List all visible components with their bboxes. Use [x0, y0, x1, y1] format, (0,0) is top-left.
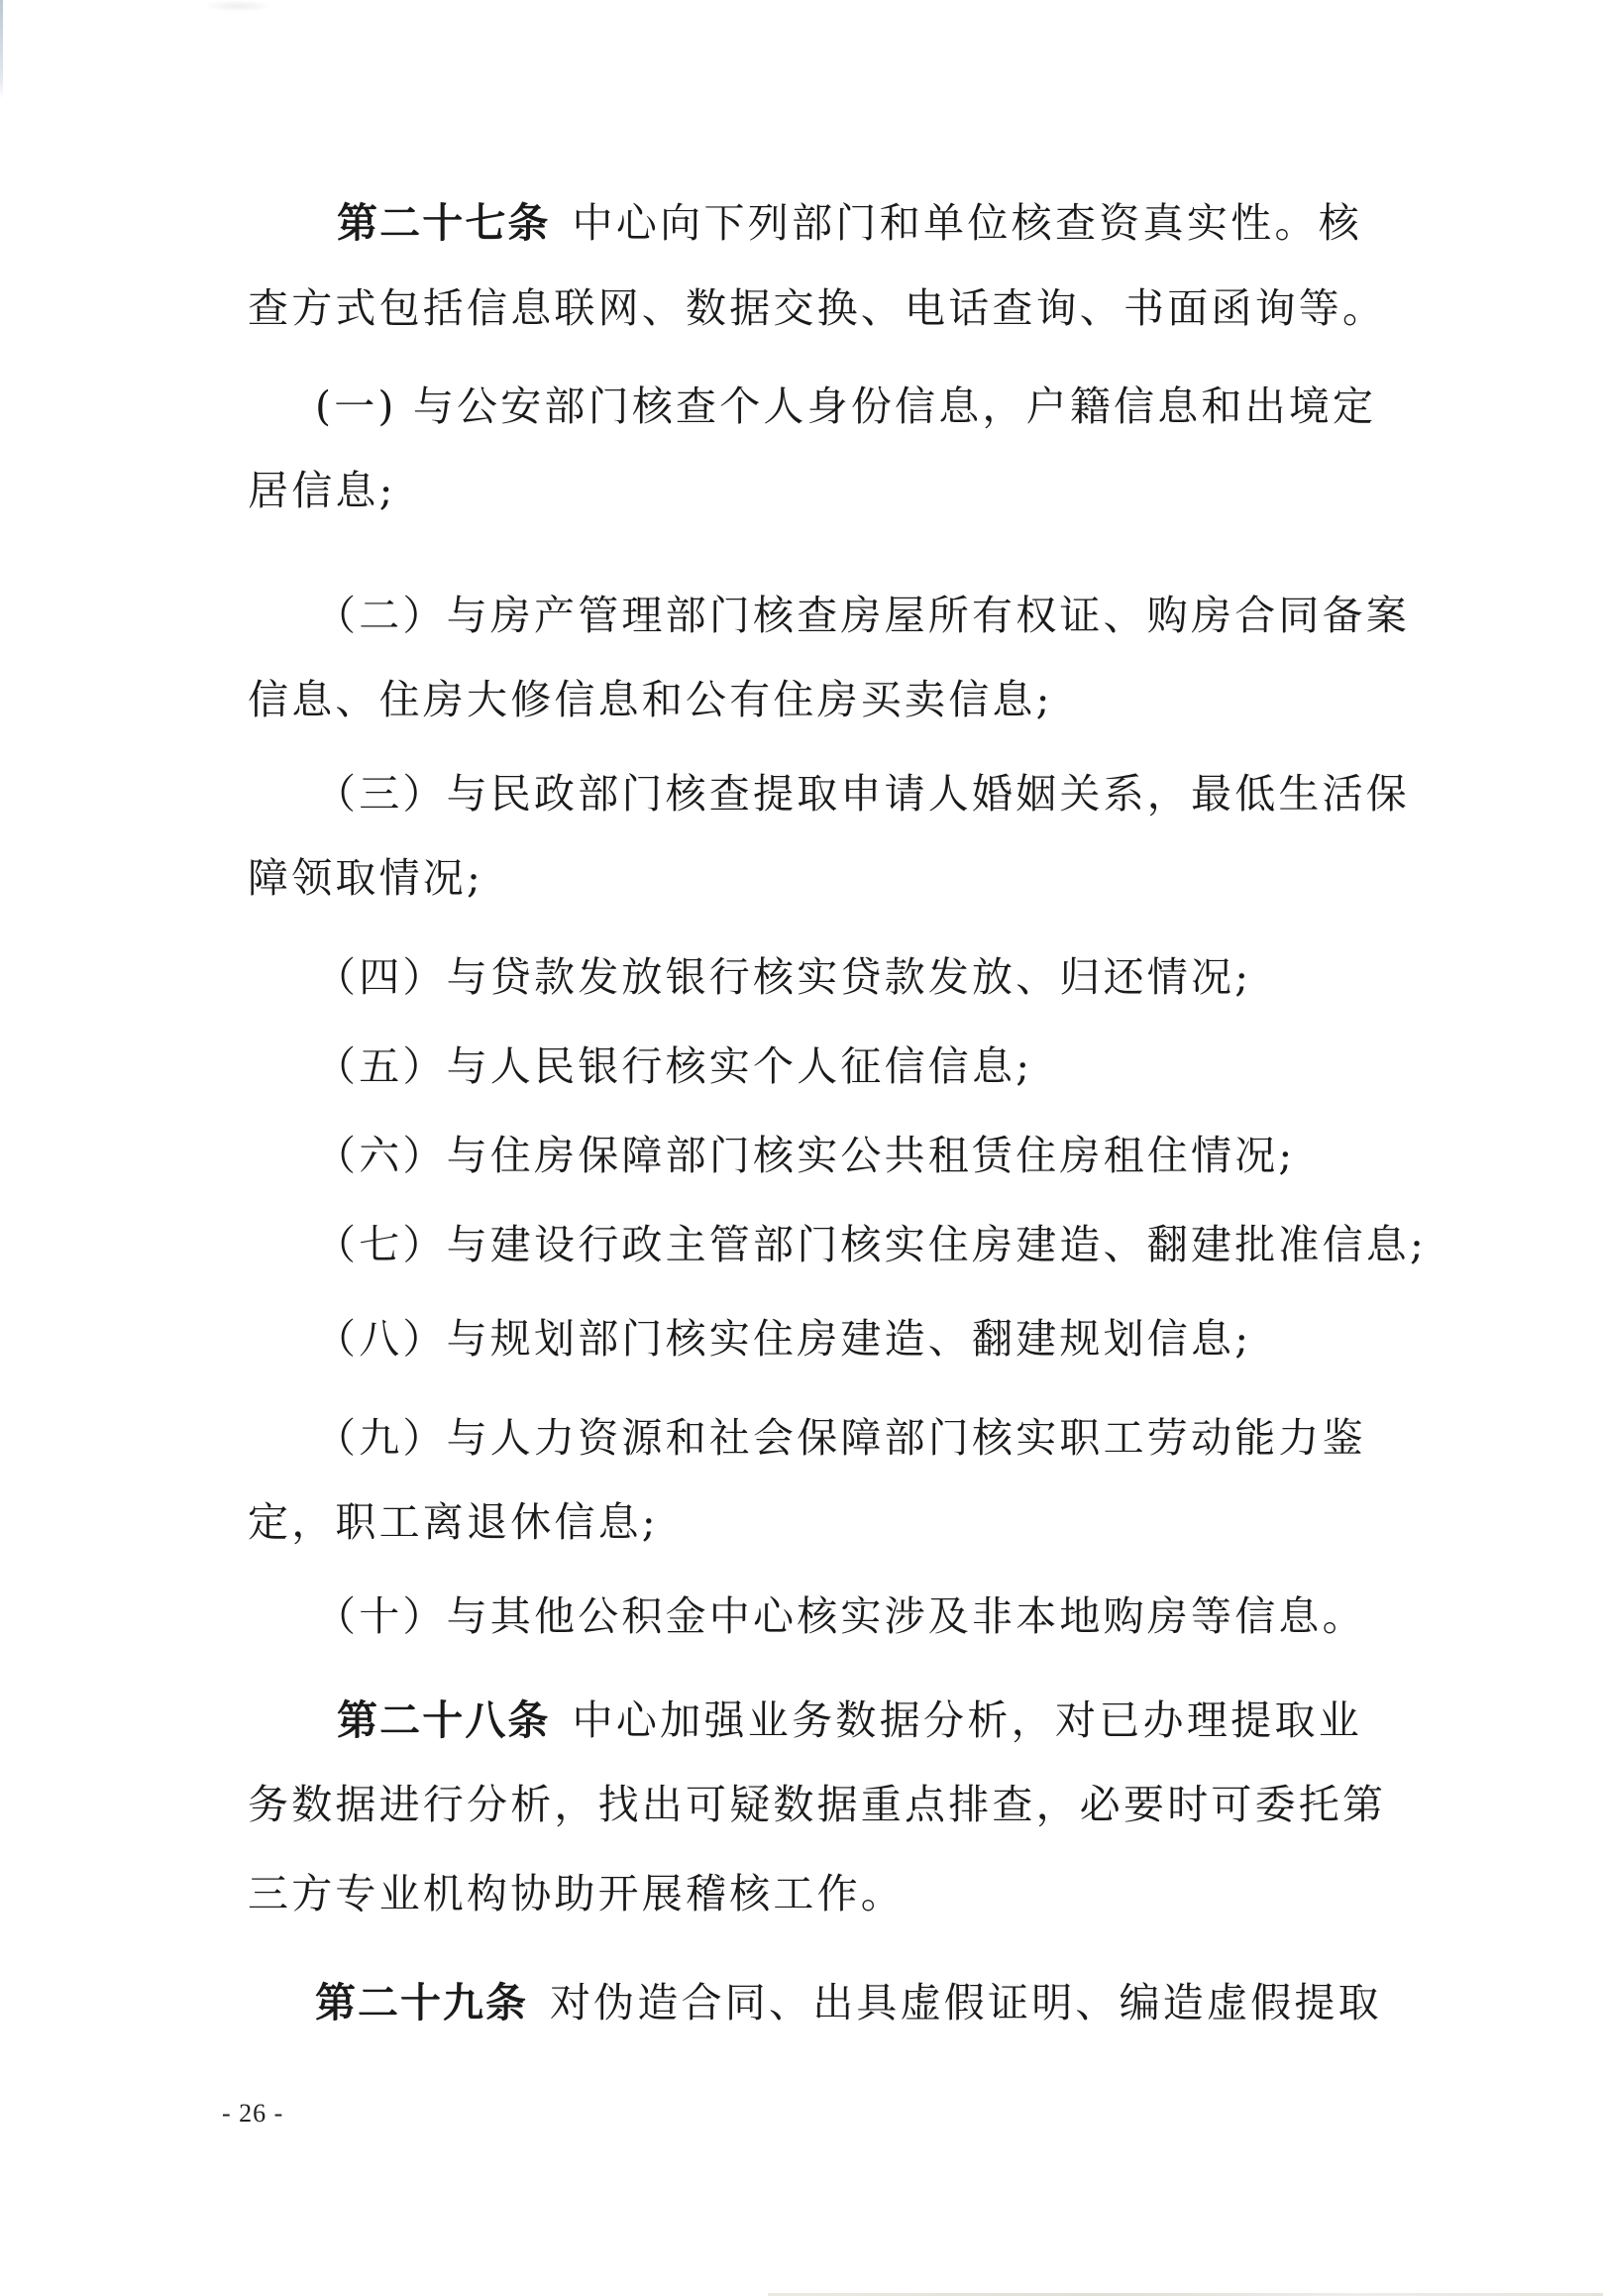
article-27-line-1: 第二十七条中心向下列部门和单位核查资真实性。核	[337, 198, 1362, 248]
article-28-line-1: 第二十八条中心加强业务数据分析，对已办理提取业	[337, 1695, 1362, 1745]
article-27-item-10: （十）与其他公积金中心核实涉及非本地购房等信息。	[315, 1591, 1362, 1641]
article-27-item-9-line-1: （九）与人力资源和社会保障部门核实职工劳动能力鉴	[315, 1413, 1362, 1463]
article-28-text-1: 中心加强业务数据分析，对已办理提取业	[573, 1696, 1362, 1744]
article-27-item-3-line-2: 障领取情况;	[248, 853, 1362, 903]
article-29-text-1: 对伪造合同、出具虚假证明、编造虚假提取	[550, 1979, 1382, 2026]
article-27-item-1-line-2: 居信息;	[248, 466, 1362, 515]
article-27-item-6: （六）与住房保障部门核实公共租赁住房租住情况;	[315, 1131, 1362, 1180]
article-28-line-3: 三方专业机构协助开展稽核工作。	[248, 1869, 1362, 1918]
article-27-item-5: （五）与人民银行核实个人征信信息;	[315, 1041, 1362, 1091]
article-27-item-2-line-1: （二）与房产管理部门核查房屋所有权证、购房合同备案	[315, 591, 1362, 640]
article-27-line-2: 查方式包括信息联网、数据交换、电话查询、书面函询等。	[248, 283, 1362, 333]
article-28-number: 第二十八条	[337, 1696, 551, 1744]
article-27-item-4: （四）与贷款发放银行核实贷款发放、归还情况;	[315, 952, 1362, 1002]
article-29-line-1: 第二十九条对伪造合同、出具虚假证明、编造虚假提取	[315, 1978, 1362, 2027]
article-27-item-2-line-2: 信息、住房大修信息和公有住房买卖信息;	[248, 675, 1362, 724]
article-27-item-7: （七）与建设行政主管部门核实住房建造、翻建批准信息;	[315, 1220, 1362, 1269]
article-27-item-3-line-1: （三）与民政部门核查提取申请人婚姻关系，最低生活保	[315, 769, 1362, 819]
article-27-item-9-line-2: 定，职工离退休信息;	[248, 1497, 1362, 1547]
article-27-text-1: 中心向下列部门和单位核查资真实性。核	[573, 199, 1362, 247]
article-28-line-2: 务数据进行分析，找出可疑数据重点排查，必要时可委托第	[248, 1780, 1362, 1829]
article-27-item-8: （八）与规划部门核实住房建造、翻建规划信息;	[315, 1314, 1362, 1364]
article-29-number: 第二十九条	[315, 1979, 528, 2026]
article-27-number: 第二十七条	[337, 199, 551, 247]
document-page: 第二十七条中心向下列部门和单位核查资真实性。核 查方式包括信息联网、数据交换、电…	[0, 0, 1603, 2296]
page-number: - 26 -	[222, 2099, 283, 2129]
article-27-item-1-line-1: (一) 与公安部门核查个人身份信息，户籍信息和出境定	[315, 382, 1362, 431]
